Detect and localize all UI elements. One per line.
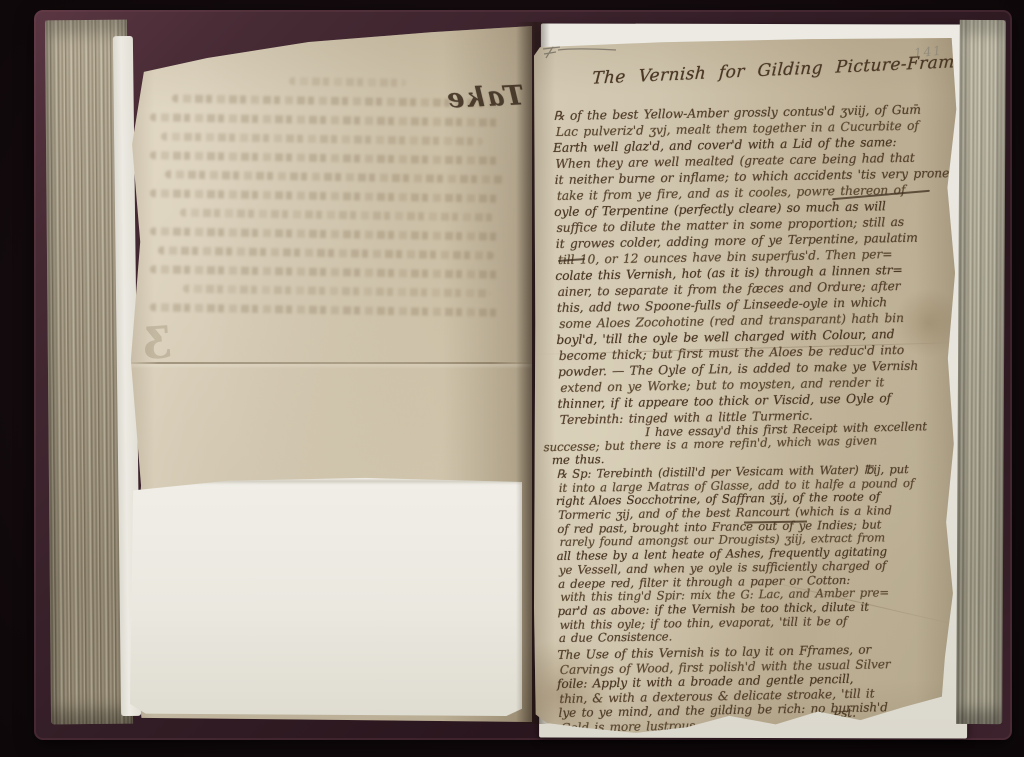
show-through-line <box>150 113 501 127</box>
show-through-line <box>289 77 406 87</box>
paragraph-author-note: I have essay'd this first Receipt with e… <box>557 420 952 467</box>
page-edges-shading <box>956 20 1006 724</box>
show-through-line <box>150 189 501 203</box>
white-insert-sheet <box>130 476 522 716</box>
horizontal-crease <box>126 362 532 364</box>
show-through-line <box>150 303 501 317</box>
paragraph-receipt-2: ℞ Sp: Terebinth (distill'd per Vesicam w… <box>556 463 952 646</box>
show-through-line <box>161 133 483 146</box>
show-through-line <box>158 247 494 260</box>
show-through-line <box>165 171 505 184</box>
right-page-edges <box>956 20 1006 724</box>
show-through-line <box>183 285 490 298</box>
manuscript-photo: Take Ʒ 141 The Vernish for Gilding Pictu… <box>0 0 1024 757</box>
show-through-text <box>150 78 515 384</box>
right-page: 141 The Vernish for Gilding Picture-Fram… <box>534 38 958 750</box>
show-through-line <box>150 151 501 165</box>
paragraph-receipt-1: ℞ of the best Yellow-Amber grossly contu… <box>552 101 952 428</box>
show-through-line <box>150 265 501 279</box>
show-through-word: Take <box>444 80 524 114</box>
show-through-line <box>180 209 494 222</box>
show-through-line <box>150 227 501 241</box>
